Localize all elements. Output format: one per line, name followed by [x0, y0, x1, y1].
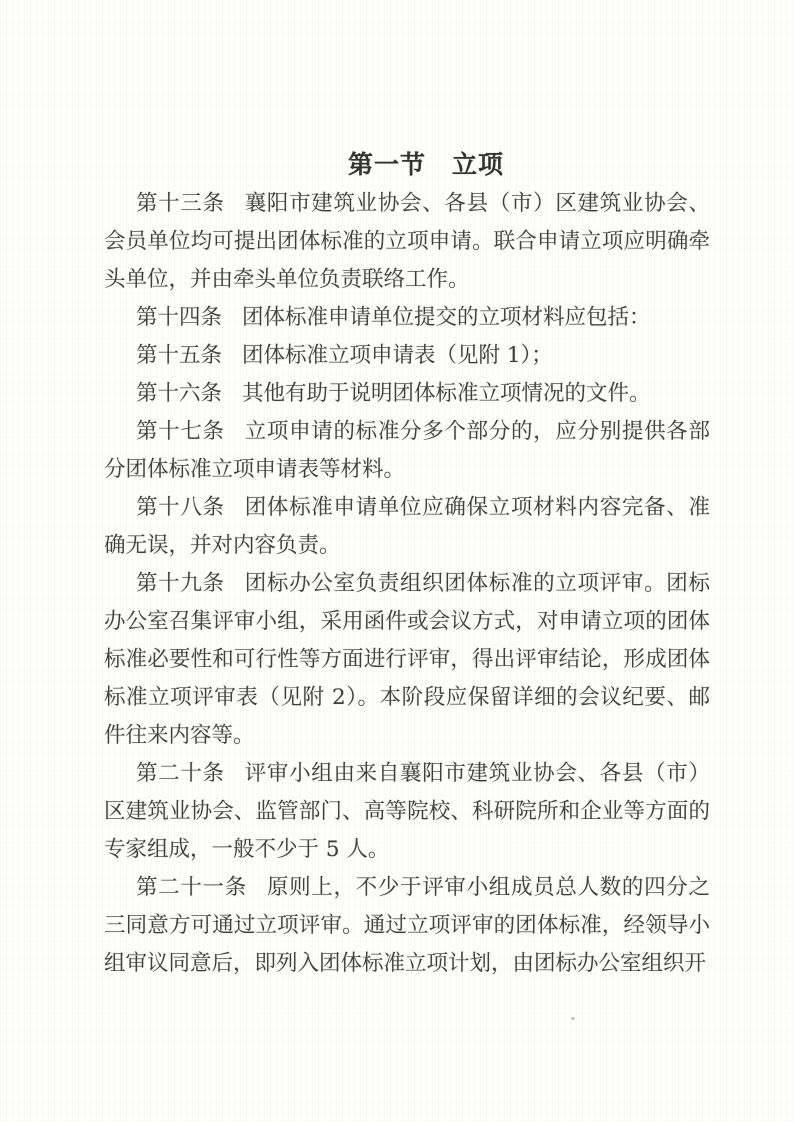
clause-paragraph: 第二十一条原则上，不少于评审小组成员总人数的四分之三同意方可通过立项评审。通过立…	[104, 869, 710, 983]
document-content: 第一节 立项 第十三条襄阳市建筑业协会、各县（市）区建筑业协会、会员单位均可提出…	[104, 147, 710, 983]
clause-text: 团体标准立项申请表（见附 1）；	[242, 343, 553, 368]
clause-label: 第二十一条	[136, 875, 247, 900]
clause-paragraph: 第十三条襄阳市建筑业协会、各县（市）区建筑业协会、会员单位均可提出团体标准的立项…	[104, 185, 710, 299]
clause-paragraph: 第二十条评审小组由来自襄阳市建筑业协会、各县（市）区建筑业协会、监管部门、高等院…	[104, 755, 710, 869]
clause-label: 第十七条	[136, 419, 225, 444]
clause-paragraph: 第十五条团体标准立项申请表（见附 1）；	[104, 337, 710, 375]
clause-paragraph: 第十四条团体标准申请单位提交的立项材料应包括：	[104, 299, 710, 337]
clause-label: 第十三条	[136, 191, 225, 216]
scan-speck	[571, 1017, 575, 1020]
clause-label: 第十六条	[136, 381, 222, 406]
clause-text: 其他有助于说明团体标准立项情况的文件。	[242, 381, 651, 406]
clause-label: 第十四条	[136, 305, 222, 330]
document-page: 第一节 立项 第十三条襄阳市建筑业协会、各县（市）区建筑业协会、会员单位均可提出…	[0, 0, 794, 1122]
section-title: 第一节 立项	[104, 147, 710, 183]
clause-paragraph: 第十八条团体标准申请单位应确保立项材料内容完备、准确无误，并对内容负责。	[104, 489, 710, 565]
clause-label: 第十五条	[136, 343, 222, 368]
clause-paragraph: 第十六条其他有助于说明团体标准立项情况的文件。	[104, 375, 710, 413]
clause-paragraph: 第十七条立项申请的标准分多个部分的，应分别提供各部分团体标准立项申请表等材料。	[104, 413, 710, 489]
clause-paragraph: 第十九条团标办公室负责组织团体标准的立项评审。团标办公室召集评审小组，采用函件或…	[104, 565, 710, 755]
clause-text: 团体标准申请单位提交的立项材料应包括：	[242, 305, 651, 330]
clause-label: 第十九条	[136, 571, 225, 596]
clause-label: 第十八条	[136, 495, 225, 520]
clause-label: 第二十条	[136, 761, 225, 786]
clause-text: 团标办公室负责组织团体标准的立项评审。团标办公室召集评审小组，采用函件或会议方式…	[104, 571, 710, 748]
